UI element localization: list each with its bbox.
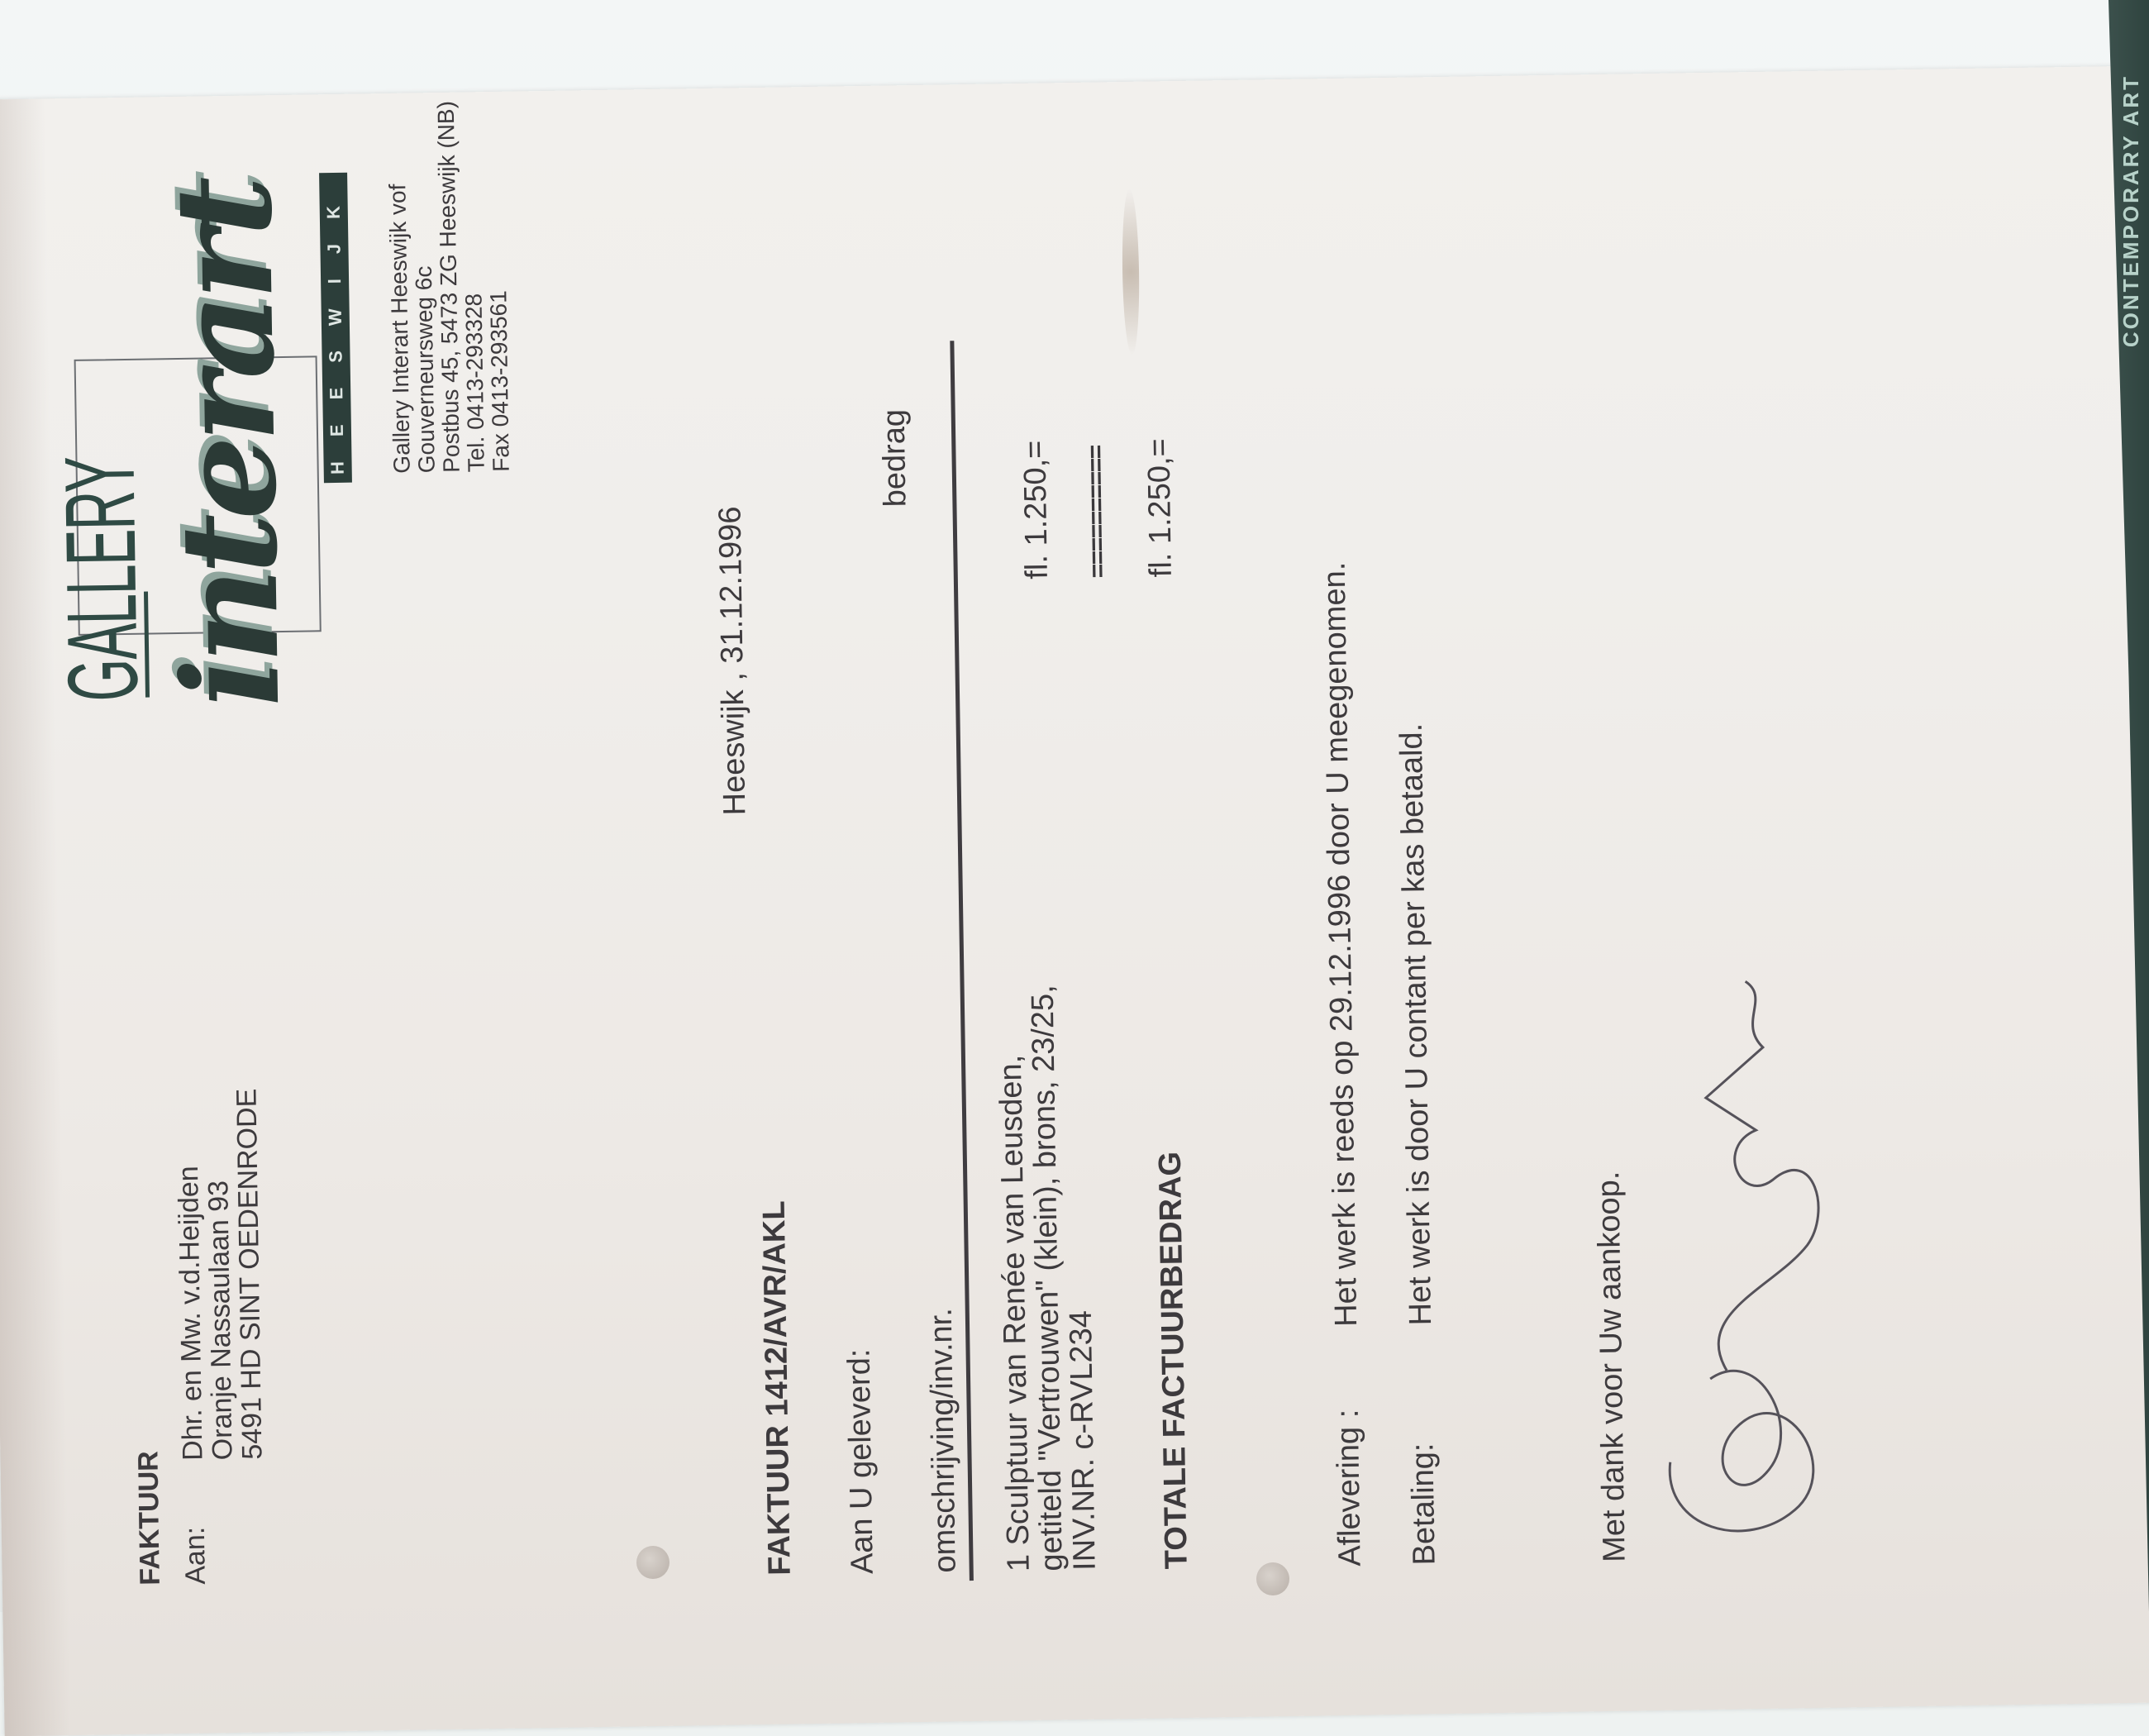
place-date: Heeswijk , 31.12.1996 (712, 506, 753, 816)
punch-hole (1256, 1562, 1289, 1595)
invoice-paper: GALLERY interart HEESWIJK Gallery Intera… (0, 66, 2149, 1612)
payment-label: Betaling: (1405, 1443, 1442, 1566)
payment-text: Het werk is door U contant per kas betaa… (1394, 723, 1439, 1326)
delivered-label: Aan U geleverd: (841, 1348, 880, 1574)
logo-gallery-text: GALLERY (42, 456, 160, 703)
logo-script-text: interart (145, 182, 309, 709)
paper-shadow (0, 98, 71, 1612)
closing-text: Met dank voor Uw aankoop. (1591, 1171, 1632, 1562)
stain (1121, 189, 1140, 355)
invoice-number: FAKTUUR 1412/AVR/AKL (757, 1200, 798, 1576)
total-double-rule: ========== (1084, 446, 1114, 579)
signature-icon (1637, 931, 1846, 1562)
total-label: TOTALE FACTUURBEDRAG (1153, 1152, 1195, 1570)
total-amount: fl. 1.250,= (1141, 438, 1179, 578)
line-item-amount: fl. 1.250,= (1017, 440, 1055, 579)
recipient-block: Dhr. en Mw. v.d.Heijden Oranje Nassaulaa… (172, 1088, 267, 1461)
col-header-bedrag: bedrag (877, 409, 914, 508)
sender-line: Fax 0413-293561 (484, 100, 514, 472)
recipient-line: 5491 HD SINT OEDENRODE (231, 1088, 267, 1460)
document-type: FAKTUUR (132, 1451, 167, 1586)
delivery-text: Het werk is reeds op 29.12.1996 door U m… (1318, 561, 1365, 1327)
col-header-omschrijving: omschrijving/inv.nr. (924, 1308, 964, 1573)
sender-address: Gallery Interart Heeswijk vof Gouverneur… (384, 100, 514, 474)
folder-text: CONTEMPORARY ART (2118, 74, 2144, 347)
logo-plate: HEESWIJK (319, 173, 352, 483)
photo-stage: GALLERY interart HEESWIJK Gallery Intera… (0, 0, 2149, 1612)
line-item-description: 1 Sculptuur van Renée van Leusden, getit… (993, 984, 1102, 1571)
recipient-label: Aan: (179, 1527, 212, 1586)
description-line: INV.NR. c-RVL234 (1060, 984, 1102, 1571)
punch-hole (636, 1546, 669, 1579)
delivery-label: Aflevering : (1331, 1409, 1369, 1567)
